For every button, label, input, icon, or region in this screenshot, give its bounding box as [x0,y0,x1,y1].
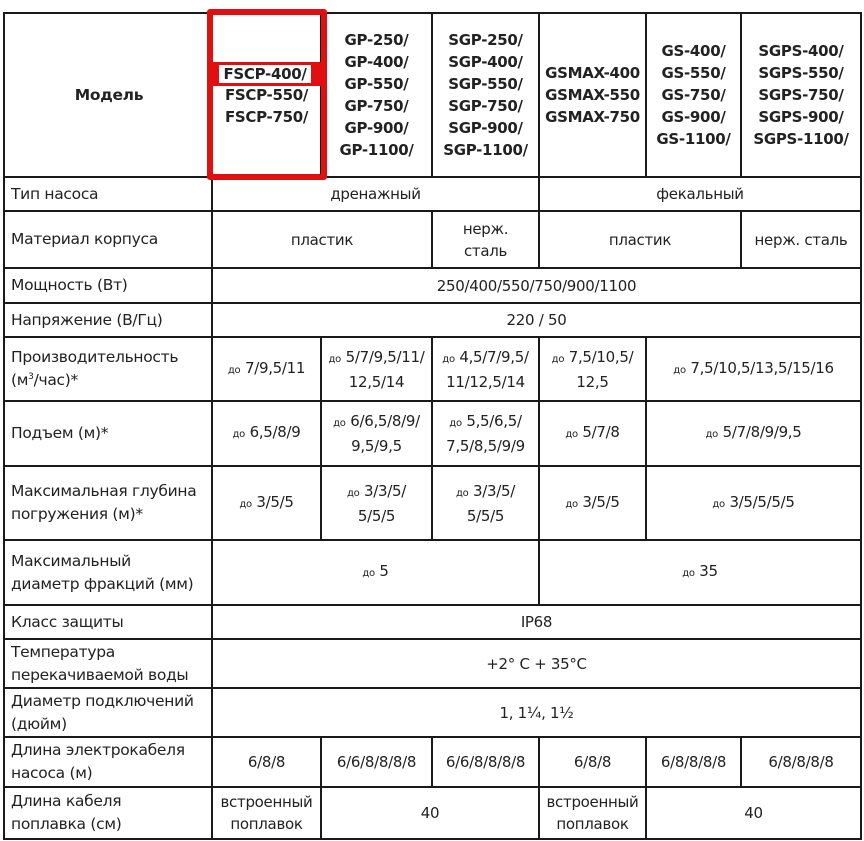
row-cable: Длина электрокабеля насоса (м) 6/8/8 6/6… [4,737,861,787]
row-power: Мощность (Вт) 250/400/550/750/900/1100 [4,268,861,303]
header-row: Модель FSCP-400/ FSCP-550/ FSCP-750/ GP-… [4,13,861,177]
value-fecal: до 35 [539,540,861,605]
value-cell: до 3/5/5 [212,466,321,540]
value-cell: нерж. сталь [741,211,861,268]
value-cell: 6/8/8 [539,737,646,787]
model-col-gsmax: GSMAX-400 GSMAX-550 GSMAX-750 [539,13,646,177]
value-cell: встроенный поплавок [212,787,321,839]
row-label: Тип насоса [4,177,212,211]
row-label: Длина кабеля поплавка (см) [4,787,212,839]
value-cell: 6/8/8 [212,737,321,787]
value-drainage: до 5 [212,540,539,605]
value-drainage: дренажный [212,177,539,211]
model-col-gp: GP-250/ GP-400/ GP-550/ GP-750/ GP-900/ … [321,13,432,177]
row-label: Максимальный диаметр фракций (мм) [4,540,212,605]
row-fraction: Максимальный диаметр фракций (мм) до 5 д… [4,540,861,605]
row-head: Подъем (м)* до 6,5/8/9 до 6/6,5/8/9/ 9,5… [4,401,861,466]
value-cell: до 5/7/9,5/11/ 12,5/14 [321,337,432,401]
row-label: Напряжение (В/Гц) [4,303,212,337]
value-cell: до 4,5/7/9,5/ 11/12,5/14 [432,337,539,401]
value-cell: пластик [539,211,741,268]
value-cell: 1, 1¼, 1½ [212,688,861,737]
value-cell: до 3/3/5/ 5/5/5 [321,466,432,540]
row-label: Температура перекачиваемой воды [4,639,212,688]
value-cell: до 3/5/5 [539,466,646,540]
value-cell: IP68 [212,605,861,639]
row-capacity: Производительность(м3/час)* до 7/9,5/11 … [4,337,861,401]
row-label: Длина электрокабеля насоса (м) [4,737,212,787]
row-label: Максимальная глубина погружения (м)* [4,466,212,540]
row-label: Мощность (Вт) [4,268,212,303]
value-cell: 6/8/8/8/8 [741,737,861,787]
value-cell: +2° C + 35°C [212,639,861,688]
value-cell: до 7,5/10,5/ 12,5 [539,337,646,401]
value-cell: 220 / 50 [212,303,861,337]
model-col-sgps: SGPS-400/ SGPS-550/ SGPS-750/ SGPS-900/ … [741,13,861,177]
row-label: Диаметр подключений (дюйм) [4,688,212,737]
row-pump-type: Тип насоса дренажный фекальный [4,177,861,211]
model-col-sgp: SGP-250/ SGP-400/ SGP-550/ SGP-750/ SGP-… [432,13,539,177]
value-cell: до 3/3/5/ 5/5/5 [432,466,539,540]
value-cell: до 5/7/8/9/9,5 [646,401,861,466]
row-depth: Максимальная глубина погружения (м)* до … [4,466,861,540]
model-header-label: Модель [4,13,212,177]
model-col-fscp: FSCP-400/ FSCP-550/ FSCP-750/ [212,13,321,177]
row-label: Материал корпуса [4,211,212,268]
row-label: Подъем (м)* [4,401,212,466]
value-cell: до 5/7/8 [539,401,646,466]
value-cell: 40 [321,787,539,839]
row-protection: Класс защиты IP68 [4,605,861,639]
value-cell: пластик [212,211,432,268]
value-cell: 6/8/8/8/8 [646,737,741,787]
value-cell: 40 [646,787,861,839]
row-label: Производительность(м3/час)* [4,337,212,401]
value-cell: до 3/5/5/5/5 [646,466,861,540]
row-voltage: Напряжение (В/Гц) 220 / 50 [4,303,861,337]
value-cell: встроенный поплавок [539,787,646,839]
row-temperature: Температура перекачиваемой воды +2° C + … [4,639,861,688]
value-cell: до 7/9,5/11 [212,337,321,401]
value-cell: до 7,5/10,5/13,5/15/16 [646,337,861,401]
value-fecal: фекальный [539,177,861,211]
value-cell: нерж. сталь [432,211,539,268]
pump-spec-table: Модель FSCP-400/ FSCP-550/ FSCP-750/ GP-… [3,12,862,840]
model-col-gs: GS-400/ GS-550/ GS-750/ GS-900/ GS-1100/ [646,13,741,177]
value-cell: до 6/6,5/8/9/ 9,5/9,5 [321,401,432,466]
value-cell: до 6,5/8/9 [212,401,321,466]
row-connection: Диаметр подключений (дюйм) 1, 1¼, 1½ [4,688,861,737]
highlighted-model-text: FSCP-400/ [219,65,311,83]
value-cell: 6/6/8/8/8/8 [432,737,539,787]
row-material: Материал корпуса пластик нерж. сталь пла… [4,211,861,268]
row-label: Класс защиты [4,605,212,639]
value-cell: до 5,5/6,5/ 7,5/8,5/9/9 [432,401,539,466]
value-cell: 250/400/550/750/900/1100 [212,268,861,303]
row-float-cable: Длина кабеля поплавка (см) встроенный по… [4,787,861,839]
value-cell: 6/6/8/8/8/8 [321,737,432,787]
